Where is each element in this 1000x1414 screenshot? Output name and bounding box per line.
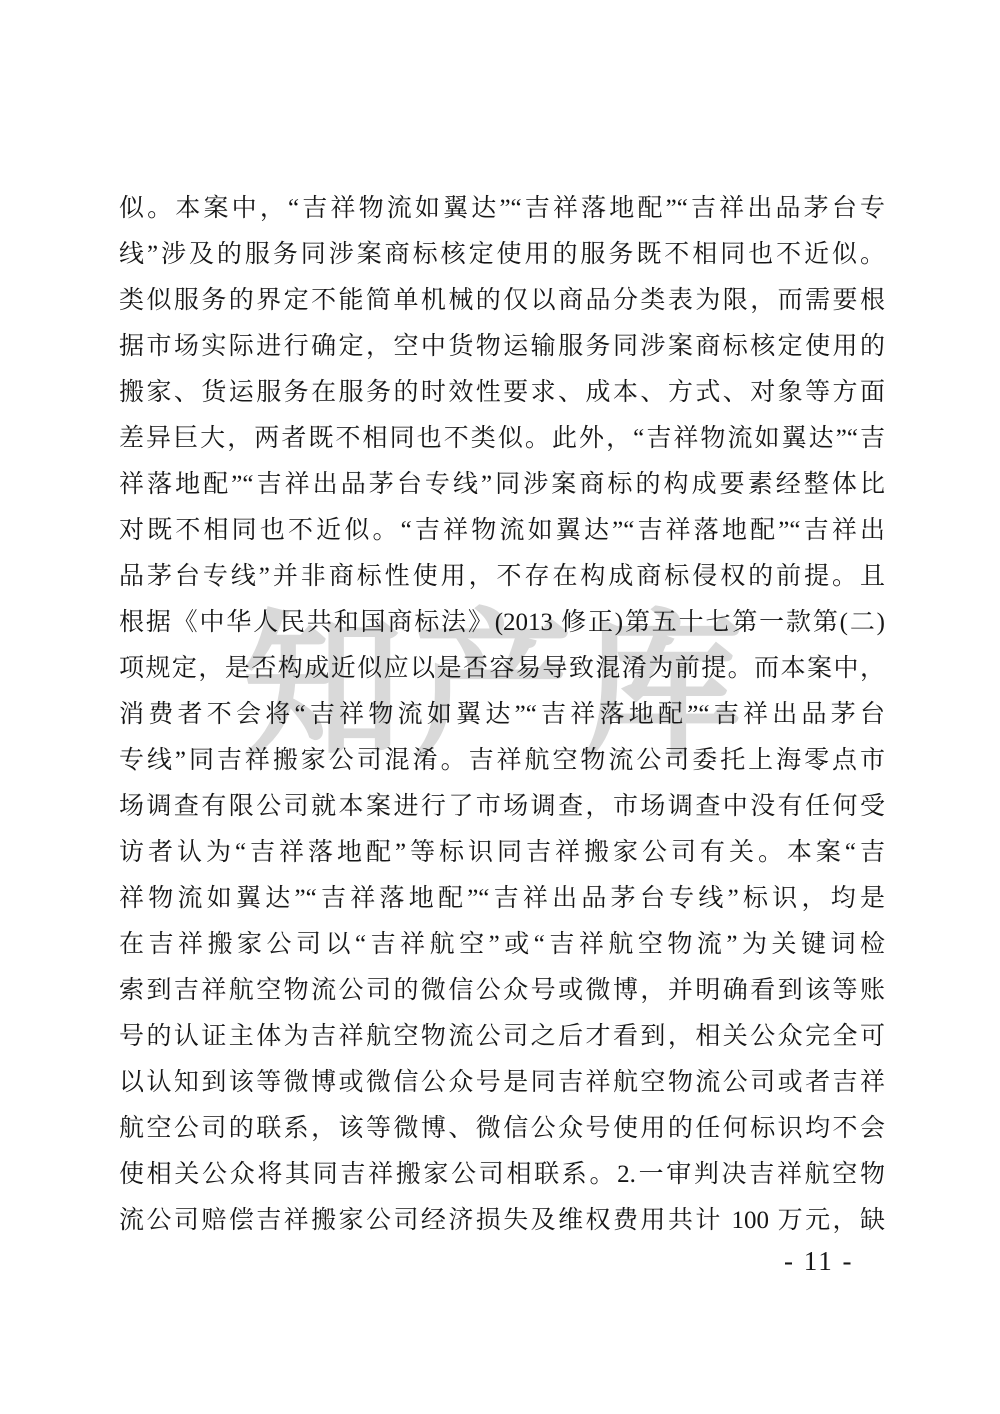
text-line: 号的认证主体为吉祥航空物流公司之后才看到，相关公众完全可 xyxy=(119,1014,885,1060)
text-line: 类似服务的界定不能简单机械的仅以商品分类表为限，而需要根 xyxy=(119,278,885,324)
text-line: 访者认为“吉祥落地配”等标识同吉祥搬家公司有关。本案“吉 xyxy=(119,830,885,876)
text-line: 差异巨大，两者既不相同也不类似。此外，“吉祥物流如翼达”“吉 xyxy=(119,416,885,462)
text-line: 项规定，是否构成近似应以是否容易导致混淆为前提。而本案中， xyxy=(119,646,885,692)
text-line: 祥物流如翼达”“吉祥落地配”“吉祥出品茅台专线”标识，均是 xyxy=(119,876,885,922)
document-page: 知产库 似。本案中，“吉祥物流如翼达”“吉祥落地配”“吉祥出品茅台专 线”涉及的… xyxy=(0,0,1000,1414)
text-line: 搬家、货运服务在服务的时效性要求、成本、方式、对象等方面 xyxy=(119,370,885,416)
text-line: 线”涉及的服务同涉案商标核定使用的服务既不相同也不近似。 xyxy=(119,232,885,278)
text-line: 对既不相同也不近似。“吉祥物流如翼达”“吉祥落地配”“吉祥出 xyxy=(119,508,885,554)
text-line: 似。本案中，“吉祥物流如翼达”“吉祥落地配”“吉祥出品茅台专 xyxy=(119,186,885,232)
text-line: 航空公司的联系，该等微博、微信公众号使用的任何标识均不会 xyxy=(119,1106,885,1152)
text-line: 使相关公众将其同吉祥搬家公司相联系。2.一审判决吉祥航空物 xyxy=(119,1152,885,1198)
text-line: 在吉祥搬家公司以“吉祥航空”或“吉祥航空物流”为关键词检 xyxy=(119,922,885,968)
text-line: 根据《中华人民共和国商标法》(2013 修正)第五十七第一款第(二) xyxy=(119,600,885,646)
text-line: 据市场实际进行确定，空中货物运输服务同涉案商标核定使用的 xyxy=(119,324,885,370)
page-number: - 11 - xyxy=(784,1246,853,1277)
text-line: 品茅台专线”并非商标性使用，不存在构成商标侵权的前提。且 xyxy=(119,554,885,600)
body-text: 似。本案中，“吉祥物流如翼达”“吉祥落地配”“吉祥出品茅台专 线”涉及的服务同涉… xyxy=(119,186,885,1244)
text-line: 祥落地配”“吉祥出品茅台专线”同涉案商标的构成要素经整体比 xyxy=(119,462,885,508)
text-line: 场调查有限公司就本案进行了市场调查，市场调查中没有任何受 xyxy=(119,784,885,830)
text-line: 以认知到该等微博或微信公众号是同吉祥航空物流公司或者吉祥 xyxy=(119,1060,885,1106)
text-line: 专线”同吉祥搬家公司混淆。吉祥航空物流公司委托上海零点市 xyxy=(119,738,885,784)
text-line: 消费者不会将“吉祥物流如翼达”“吉祥落地配”“吉祥出品茅台 xyxy=(119,692,885,738)
text-line: 索到吉祥航空物流公司的微信公众号或微博，并明确看到该等账 xyxy=(119,968,885,1014)
text-line: 流公司赔偿吉祥搬家公司经济损失及维权费用共计 100 万元，缺 xyxy=(119,1198,885,1244)
